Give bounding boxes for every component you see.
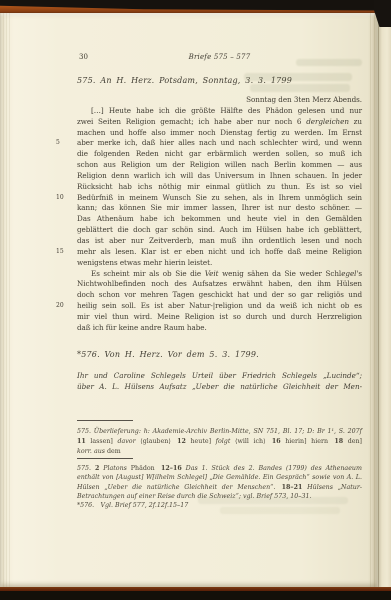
text-line: […] Heute habe ich die größte Hälfte des… — [77, 106, 362, 117]
line-text: enthält von [August] W[ilhelm Schlegel] … — [77, 474, 362, 481]
line-text: mehr als lesen. Klar ist er eben nicht u… — [77, 247, 362, 256]
letter-575-body: Sonntag den 3ten Merz Abends.[…] Heute h… — [77, 95, 362, 334]
text-line: Das Athenäum habe ich bekommen und heute… — [77, 214, 362, 225]
line-text: doch schon vor mehren Tagen geschickt ha… — [77, 290, 362, 299]
line-text: Nichtwohlbefinden noch des Aufsatzes erw… — [77, 279, 362, 288]
text-line: 5aber merke ich, daß hier alles nach und… — [77, 138, 362, 149]
verso-showthrough — [296, 59, 362, 66]
line-text: aber merke ich, daß hier alles nach und … — [77, 138, 362, 147]
text-line: machen und hoffe also immer noch Diensta… — [77, 128, 362, 139]
text-line: 11 lassen] davor ⟨glauben⟩ 12 heute] fol… — [77, 437, 362, 447]
apparatus-separator-rule — [77, 420, 133, 421]
line-text: Ihr und Caroline Schlegels Urteil über F… — [77, 371, 362, 380]
line-text: korr. aus dem — [77, 448, 121, 455]
line-text: Sonntag den 3ten Merz Abends. — [246, 95, 362, 104]
book-page: 30 Briefe 575 – 577 575. An H. Herz. Pot… — [0, 13, 378, 587]
margin-line-number: 20 — [56, 301, 64, 312]
adjacent-page-fore-edge — [378, 22, 391, 587]
text-line: schon aus Religion um der Religion wille… — [77, 160, 362, 171]
commentary-footnote: 575. 2 Platons Phädon 12–16 Das 1. Stück… — [77, 464, 362, 502]
line-text: zwei Seiten Religion gemacht; ich habe a… — [77, 117, 362, 126]
text-line: 20heilig sein soll. Es ist aber Natur-|r… — [77, 301, 362, 312]
line-text: 11 lassen] davor ⟨glauben⟩ 12 heute] fol… — [77, 438, 362, 445]
verso-showthrough — [250, 84, 350, 92]
margin-line-number: 5 — [56, 138, 64, 149]
verso-showthrough — [198, 497, 348, 504]
line-text: daß ich für keine andre Raum habe. — [77, 323, 207, 332]
margin-line-number: 10 — [56, 193, 64, 204]
line-text: […] Heute habe ich die größte Hälfte des… — [91, 106, 362, 115]
text-line: 15mehr als lesen. Klar ist er eben nicht… — [77, 247, 362, 258]
page-edge-striations — [0, 13, 10, 587]
line-text: mir viel thun wird. Meine Religion ist s… — [77, 312, 362, 321]
text-line: Ihr und Caroline Schlegels Urteil über F… — [77, 370, 362, 381]
text-line: mir viel thun wird. Meine Religion ist s… — [77, 312, 362, 323]
text-line: Es scheint mir als ob Sie die Veit wenig… — [77, 269, 362, 280]
line-text: 575. 2 Platons Phädon 12–16 Das 1. Stück… — [77, 465, 362, 472]
text-line: Sonntag den 3ten Merz Abends. — [77, 95, 362, 106]
text-line: 575. Überlieferung: h: Akademie-Archiv B… — [77, 427, 362, 437]
line-text: 575. Überlieferung: h: Akademie-Archiv B… — [77, 428, 362, 435]
line-text: Hülsen „Ueber die natürliche Gleichheit … — [77, 484, 362, 491]
text-line: das ist aber nur Zeitverderb, man muß ih… — [77, 236, 362, 247]
photo-background-bottom — [0, 591, 391, 600]
line-text: kann; das können Sie mir immer lassen, I… — [77, 203, 362, 212]
line-text: schon aus Religion um der Religion wille… — [77, 160, 362, 169]
text-line: Rücksicht hab ichs nöthig mir einmal güt… — [77, 182, 362, 193]
scanned-book-photo: 30 Briefe 575 – 577 575. An H. Herz. Pot… — [0, 0, 391, 600]
text-line: doch schon vor mehren Tagen geschickt ha… — [77, 290, 362, 301]
line-text: Religion denn warlich ich will das Unive… — [77, 171, 362, 180]
line-text: Bedürfniß in meinem Wunsch Sie zu sehen,… — [77, 193, 362, 202]
verso-showthrough — [220, 507, 340, 514]
line-text: Rücksicht hab ichs nöthig mir einmal güt… — [77, 182, 362, 191]
text-line: Hülsen „Ueber die natürliche Gleichheit … — [77, 483, 362, 492]
text-line: 10Bedürfniß in meinem Wunsch Sie zu sehe… — [77, 193, 362, 204]
text-line: enthält von [August] W[ilhelm Schlegel] … — [77, 473, 362, 482]
margin-line-number: 15 — [56, 247, 64, 258]
line-text: geblättert die doch gar schön sind. Auch… — [77, 225, 362, 234]
line-text: das ist aber nur Zeitverderb, man muß ih… — [77, 236, 362, 245]
text-line: kann; das können Sie mir immer lassen, I… — [77, 203, 362, 214]
line-text: machen und hoffe also immer noch Diensta… — [77, 128, 362, 137]
line-text: Das Athenäum habe ich bekommen und heute… — [77, 214, 362, 223]
text-line: Religion denn warlich ich will das Unive… — [77, 171, 362, 182]
line-text: die folgenden Reden nicht gar erbärmlich… — [77, 149, 362, 158]
line-text: Es scheint mir als ob Sie die Veit wenig… — [91, 269, 362, 278]
line-text: heilig sein soll. Es ist aber Natur-|rel… — [77, 301, 362, 310]
text-line: geblättert die doch gar schön sind. Auch… — [77, 225, 362, 236]
commentary-separator-rule — [77, 458, 133, 459]
line-text: über A. L. Hülsens Aufsatz „Ueber die na… — [77, 382, 362, 391]
page-right-crease — [367, 13, 378, 587]
letter-576-heading: *576. Von H. Herz. Vor dem 5. 3. 1799. — [77, 350, 259, 359]
text-line: daß ich für keine andre Raum habe. — [77, 323, 362, 334]
text-line: korr. aus dem — [77, 447, 362, 457]
note-576: *576. Vgl. Brief 577, 2f.12f.15–17 — [77, 502, 188, 509]
text-line: 575. 2 Platons Phädon 12–16 Das 1. Stück… — [77, 464, 362, 473]
text-line: wenigstens etwas mehr hierin leistet. — [77, 258, 362, 269]
line-text: wenigstens etwas mehr hierin leistet. — [77, 258, 212, 267]
apparatus-footnote: 575. Überlieferung: h: Akademie-Archiv B… — [77, 427, 362, 458]
text-line: zwei Seiten Religion gemacht; ich habe a… — [77, 117, 362, 128]
text-line: über A. L. Hülsens Aufsatz „Ueber die na… — [77, 381, 362, 392]
letter-576-summary: Ihr und Caroline Schlegels Urteil über F… — [77, 370, 362, 392]
text-line: die folgenden Reden nicht gar erbärmlich… — [77, 149, 362, 160]
verso-showthrough — [244, 73, 352, 81]
text-line: Nichtwohlbefinden noch des Aufsatzes erw… — [77, 279, 362, 290]
